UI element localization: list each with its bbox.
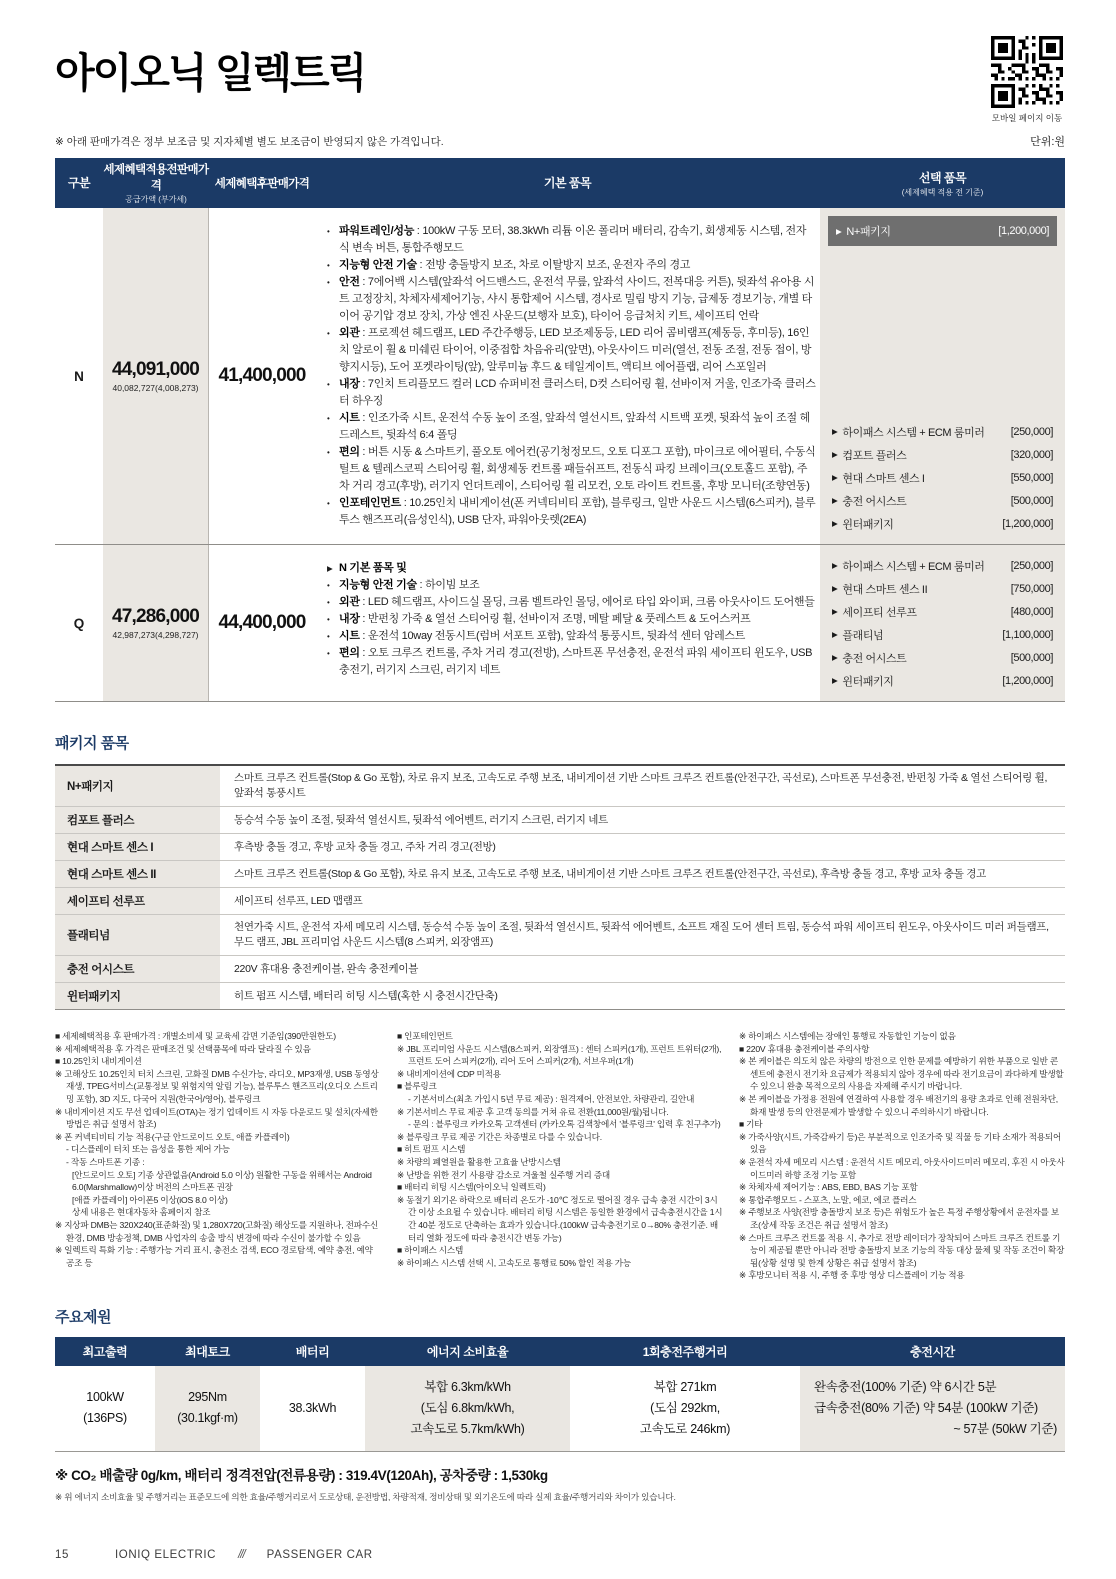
footnote-item: ■ 하이패스 시스템 [397, 1244, 723, 1257]
option-item: ▶플래티넘[1,100,000] [830, 623, 1055, 646]
spec-line: 완속충전(100% 기준) 약 6시간 5분 [814, 1377, 1057, 1398]
options-cell: ▶하이패스 시스템 + ECM 룸미러[250,000]▶현대 스마트 센스 I… [820, 545, 1065, 701]
packages-title: 패키지 품목 [55, 732, 1065, 753]
package-name: N+패키지 [55, 766, 220, 806]
basic-item: •편의 : 오토 크루즈 컨트롤, 주차 거리 경고(전방), 스마트폰 무선충… [327, 645, 816, 679]
basic-item-label: 안전 [339, 276, 360, 288]
option-label: 플래티넘 [842, 627, 883, 643]
option-label: 현대 스마트 센스 II [842, 581, 927, 597]
arrow-icon: ▶ [832, 607, 837, 616]
option-price: [1,100,000] [1002, 629, 1053, 641]
basic-item-text: 외관 : 프로젝션 헤드램프, LED 주간주행등, LED 보조제동등, LE… [339, 325, 816, 376]
footnote-item: ■ 블루링크 [397, 1080, 723, 1093]
qr-code [991, 36, 1063, 108]
basic-item: •지능형 안전 기술 : 전방 충돌방지 보조, 차로 이탈방지 보조, 운전자… [327, 257, 816, 274]
footer-category: PASSENGER CAR [267, 1549, 373, 1561]
package-desc: 스마트 크루즈 컨트롤(Stop & Go 포함), 차로 유지 보조, 고속도… [220, 766, 1065, 806]
price-before-cell: 47,286,00042,987,273(4,298,727) [103, 545, 209, 701]
package-table-body: N+패키지스마트 크루즈 컨트롤(Stop & Go 포함), 차로 유지 보조… [55, 764, 1065, 1010]
basic-item-label: 파워트레인/성능 [339, 225, 414, 237]
spec-table-header: 최고출력최대토크배터리에너지 소비효율1회충전주행거리충전시간 [55, 1337, 1065, 1366]
footnote-item: ■ 기타 [739, 1118, 1065, 1131]
basic-item: •안전 : 7에어백 시스템(앞좌석 어드밴스드, 운전석 무릎, 앞좌석 사이… [327, 274, 816, 325]
option-item: ▶충전 어시스트[500,000] [830, 646, 1055, 669]
basic-item: •시트 : 인조가죽 시트, 운전석 수동 높이 조절, 앞좌석 열선시트, 앞… [327, 410, 816, 444]
option-item: ▶N+패키지[1,200,000] [828, 216, 1057, 246]
specs-title: 주요제원 [55, 1306, 1065, 1327]
package-name: 현대 스마트 센스 I [55, 834, 220, 860]
spec-line: (도심 6.8km/kWh, [369, 1398, 566, 1419]
basic-item: •편의 : 버튼 시동 & 스마트키, 풀오토 에어컨(공기청정모드, 오토 디… [327, 444, 816, 495]
arrow-icon: ▶ [832, 653, 837, 662]
header-price-before-sub: 공급가액 (부가세) [103, 194, 209, 205]
option-price: [480,000] [1011, 606, 1053, 618]
basic-item-text: 지능형 안전 기술 : 하이빔 보조 [339, 577, 816, 594]
package-name: 세이프티 선루프 [55, 888, 220, 914]
option-price: [250,000] [1011, 426, 1053, 438]
footnote-item: ※ 본 케이블은 의도치 않은 차량의 방전으로 인한 문제를 예방하기 위한 … [739, 1055, 1065, 1093]
spec-line: 급속충전(80% 기준) 약 54분 (100kW 기준) [814, 1398, 1057, 1419]
basic-item: •외관 : 프로젝션 헤드램프, LED 주간주행등, LED 보조제동등, L… [327, 325, 816, 376]
bullet-icon: • [327, 577, 339, 594]
option-label: 충전 어시스트 [842, 650, 906, 666]
footnotes-col-2: ■ 인포테인먼트※ JBL 프리미엄 사운드 시스템(8스피커, 외장앰프) :… [397, 1030, 723, 1282]
spec-header-2: 배터리 [260, 1337, 365, 1366]
basic-item-label: 내장 [339, 613, 360, 625]
spec-line: (30.1kgf·m) [159, 1408, 256, 1429]
header-price-before-label: 세제혜택적용전판매가격 [103, 161, 209, 193]
package-name: 현대 스마트 센스 II [55, 861, 220, 887]
price-table: 구분 세제혜택적용전판매가격 공급가액 (부가세) 세제혜택후판매가격 기본 품… [55, 158, 1065, 702]
header-optional-items: 선택 품목 (세제혜택 적용 전 기준) [820, 169, 1065, 198]
efficiency-note: ※ 위 에너지 소비효율 및 주행거리는 표준모드에 의한 효율/주행거리로서 … [55, 1491, 1065, 1503]
basic-item-text: 내장 : 7인치 트리플모드 컬러 LCD 슈퍼비전 클러스터, D컷 스티어링… [339, 376, 816, 410]
spec-line: (136PS) [59, 1408, 151, 1429]
basic-item-label: 내장 [339, 378, 360, 390]
package-name: 충전 어시스트 [55, 956, 220, 982]
package-desc: 후측방 충돌 경고, 후방 교차 충돌 경고, 주차 거리 경고(전방) [220, 835, 1065, 860]
spec-header-0: 최고출력 [55, 1337, 155, 1366]
bullet-icon: • [327, 274, 339, 325]
option-item: ▶하이패스 시스템 + ECM 룸미러[250,000] [830, 554, 1055, 577]
spec-value-4: 복합 271km(도심 292km,고속도로 246km) [570, 1366, 800, 1451]
package-desc: 세이프티 선루프, LED 맵램프 [220, 889, 1065, 914]
footnote-item: ※ 차량의 폐열원을 활용한 고효율 난방시스템 [397, 1156, 723, 1169]
option-price: [550,000] [1011, 472, 1053, 484]
package-row: 세이프티 선루프세이프티 선루프, LED 맵램프 [55, 888, 1065, 915]
option-price: [750,000] [1011, 583, 1053, 595]
spec-line: 295Nm [159, 1387, 256, 1408]
page-title: 아이오닉 일렉트릭 [55, 40, 1065, 99]
price-before-cell: 44,091,00040,082,727(4,008,273) [103, 208, 209, 544]
bullet-icon: • [327, 611, 339, 628]
spec-value-1: 295Nm(30.1kgf·m) [155, 1366, 260, 1451]
basic-item-label: 지능형 안전 기술 [339, 259, 417, 271]
option-item: ▶윈터패키지[1,200,000] [830, 512, 1055, 535]
spec-line: 38.3kWh [264, 1398, 361, 1419]
package-row: 플래티넘천연가죽 시트, 운전석 자세 메모리 시스템, 동승석 수동 높이 조… [55, 915, 1065, 956]
header: 아이오닉 일렉트릭 모바일 페이지 이동 [55, 40, 1065, 99]
footnote-item: - 기본서비스(최초 가입시 5년 무료 제공) : 원격제어, 안전보안, 차… [397, 1093, 723, 1106]
basic-item-label: 외관 [339, 327, 360, 339]
header-basic-items: 기본 품목 [315, 174, 820, 192]
option-label: 충전 어시스트 [842, 493, 906, 509]
basic-item: •내장 : 7인치 트리플모드 컬러 LCD 슈퍼비전 클러스터, D컷 스티어… [327, 376, 816, 410]
page-number: 15 [55, 1549, 69, 1561]
option-label: N+패키지 [846, 223, 890, 239]
arrow-icon: ▶ [832, 561, 837, 570]
package-row: 현대 스마트 센스 II스마트 크루즈 컨트롤(Stop & Go 포함), 차… [55, 861, 1065, 888]
basic-item-label: N 기본 품목 및 [339, 562, 407, 574]
footnote-item: ※ 하이패스 시스템에는 장애인 통행료 자동할인 기능이 없음 [739, 1030, 1065, 1043]
spec-line: (도심 292km, [574, 1398, 796, 1419]
bullet-icon: • [327, 645, 339, 679]
spec-line: 고속도로 246km) [574, 1419, 796, 1440]
price-row-n: N44,091,00040,082,727(4,008,273)41,400,0… [55, 208, 1065, 545]
basic-item: •외관 : LED 헤드램프, 사이드실 몰딩, 크롬 벨트라인 몰딩, 에어로… [327, 594, 816, 611]
header-basic-items-label: 기본 품목 [544, 176, 591, 190]
qr-matrix [991, 36, 1063, 108]
basic-item-label: 시트 [339, 412, 360, 424]
footnotes-col-1: ■ 세제혜택적용 후 판매가격 : 개별소비세 및 교육세 감면 기준임(390… [55, 1030, 381, 1282]
footnote-item: ※ 지상파 DMB는 320X240(표준화질) 및 1,280X720(고화질… [55, 1219, 381, 1244]
option-item: ▶현대 스마트 센스 I[550,000] [830, 466, 1055, 489]
option-price: [1,200,000] [1002, 518, 1053, 530]
basic-items-cell: •파워트레인/성능 : 100kW 구동 모터, 38.3kWh 리튬 이온 폴… [315, 208, 820, 544]
price-before-value: 47,286,000 [112, 606, 199, 628]
basic-item-text: 편의 : 버튼 시동 & 스마트키, 풀오토 에어컨(공기청정모드, 오토 디포… [339, 444, 816, 495]
header-trim-label: 구분 [68, 176, 90, 190]
footnote-item: ■ 세제혜택적용 후 판매가격 : 개별소비세 및 교육세 감면 기준임(390… [55, 1030, 381, 1043]
price-before-value: 44,091,000 [112, 359, 199, 381]
price-note: ※ 아래 판매가격은 정부 보조금 및 지자체별 별도 보조금이 반영되지 않은… [55, 134, 444, 149]
basic-items-cell: ▶N 기본 품목 및•지능형 안전 기술 : 하이빔 보조•외관 : LED 헤… [315, 545, 820, 701]
package-desc: 천연가죽 시트, 운전석 자세 메모리 시스템, 동승석 수동 높이 조절, 뒷… [220, 915, 1065, 955]
basic-item-label: 편의 [339, 446, 360, 458]
arrow-icon: ▶ [832, 450, 837, 459]
spec-line: 100kW [59, 1387, 151, 1408]
package-desc: 동승석 수동 높이 조절, 뒷좌석 열선시트, 뒷좌석 에어벤트, 러기지 스크… [220, 808, 1065, 833]
footnote-item: ■ 220V 휴대용 충전케이블 주의사항 [739, 1043, 1065, 1056]
option-item: ▶컴포트 플러스[320,000] [830, 443, 1055, 466]
bullet-icon: • [327, 410, 339, 444]
arrow-icon: ▶ [832, 630, 837, 639]
basic-item-text: 편의 : 오토 크루즈 컨트롤, 주차 거리 경고(전방), 스마트폰 무선충전… [339, 645, 816, 679]
footer-divider-icon: /// [238, 1549, 245, 1561]
footer: 15 IONIQ ELECTRIC /// PASSENGER CAR [55, 1549, 373, 1561]
trim-cell: Q [55, 545, 103, 701]
spec-line: 고속도로 5.7km/kWh) [369, 1419, 566, 1440]
arrow-icon: ▶ [832, 496, 837, 505]
footnote-item: ※ 폰 커넥티비티 기능 적용(구글 안드로이드 오토, 애플 카플레이) [55, 1131, 381, 1144]
basic-item-label: 지능형 안전 기술 [339, 579, 417, 591]
option-price: [320,000] [1011, 449, 1053, 461]
option-label: 세이프티 선루프 [842, 604, 916, 620]
price-table-header: 구분 세제혜택적용전판매가격 공급가액 (부가세) 세제혜택후판매가격 기본 품… [55, 158, 1065, 208]
footnote-item: ■ 10.25인치 내비게이션 [55, 1055, 381, 1068]
footnote-item: ※ 일렉트릭 특화 기능 : 주행가능 거리 표시, 충전소 검색, ECO 경… [55, 1244, 381, 1269]
arrow-icon: ▶ [832, 427, 837, 436]
footnote-item: ※ 세제혜택적용 후 가격은 판매조건 및 선택품목에 따라 달라질 수 있음 [55, 1043, 381, 1056]
bullet-icon: • [327, 376, 339, 410]
spec-header-5: 충전시간 [800, 1337, 1065, 1366]
footnote-item: ■ 배터리 히팅 시스템(아이오닉 일렉트릭) [397, 1181, 723, 1194]
bullet-icon: ▶ [327, 560, 339, 577]
footnote-item: ※ 블루링크 무료 제공 기간은 차종별로 다를 수 있습니다. [397, 1131, 723, 1144]
footnotes-col-3: ※ 하이패스 시스템에는 장애인 통행료 자동할인 기능이 없음■ 220V 휴… [739, 1030, 1065, 1282]
options-group: ▶하이패스 시스템 + ECM 룸미러[250,000]▶현대 스마트 센스 I… [830, 554, 1055, 692]
package-desc: 스마트 크루즈 컨트롤(Stop & Go 포함), 차로 유지 보조, 고속도… [220, 862, 1065, 887]
note-row: ※ 아래 판매가격은 정부 보조금 및 지자체별 별도 보조금이 반영되지 않은… [55, 133, 1065, 149]
option-item: ▶세이프티 선루프[480,000] [830, 600, 1055, 623]
header-price-after: 세제혜택후판매가격 [209, 174, 315, 192]
option-label: 윈터패키지 [842, 673, 893, 689]
footnote-item: ※ 난방을 위한 전기 사용량 감소로 겨울철 실주행 거리 증대 [397, 1169, 723, 1182]
footnote-item: [안드로이드 오토] 기종 상관없음(Android 5.0 이상) 원활한 구… [55, 1169, 381, 1194]
spec-line: 복합 271km [574, 1377, 796, 1398]
footnote-item: ※ 차체자세 제어기능 : ABS, EBD, BAS 기능 포함 [739, 1181, 1065, 1194]
header-trim: 구분 [55, 174, 103, 192]
price-after-cell: 41,400,000 [209, 208, 315, 544]
footnote-item: ※ 후방모니터 적용 시, 주행 중 후방 영상 디스플레이 기능 적용 [739, 1269, 1065, 1282]
price-after-cell: 44,400,000 [209, 545, 315, 701]
qr-block: 모바일 페이지 이동 [989, 36, 1065, 124]
bullet-icon: • [327, 325, 339, 376]
option-item: ▶충전 어시스트[500,000] [830, 489, 1055, 512]
trim-cell: N [55, 208, 103, 544]
spec-value-2: 38.3kWh [260, 1366, 365, 1451]
bullet-icon: • [327, 257, 339, 274]
spec-value-5: 완속충전(100% 기준) 약 6시간 5분급속충전(80% 기준) 약 54분… [800, 1366, 1065, 1451]
bullet-icon: • [327, 495, 339, 529]
spec-header-4: 1회충전주행거리 [570, 1337, 800, 1366]
footnote-item: ※ 동절기 외기온 하락으로 배터리 온도가 -10℃ 정도로 떨어질 경우 급… [397, 1194, 723, 1244]
basic-item: •인포테인먼트 : 10.25인치 내비게이션(폰 커넥티비티 포함), 블루링… [327, 495, 816, 529]
option-label: 현대 스마트 센스 I [842, 470, 924, 486]
footnote-item: ※ 내비게이션 지도 무선 업데이트(OTA)는 정기 업데이트 시 자동 다운… [55, 1106, 381, 1131]
package-desc: 220V 휴대용 충전케이블, 완속 충전케이블 [220, 957, 1065, 982]
arrow-icon: ▶ [832, 519, 837, 528]
basic-item-text: 파워트레인/성능 : 100kW 구동 모터, 38.3kWh 리튬 이온 폴리… [339, 223, 816, 257]
package-row: N+패키지스마트 크루즈 컨트롤(Stop & Go 포함), 차로 유지 보조… [55, 766, 1065, 807]
co2-note: ※ CO₂ 배출량 0g/km, 배터리 정격전압(전류용량) : 319.4V… [55, 1464, 1065, 1484]
option-price: [250,000] [1011, 560, 1053, 572]
supply-price: 42,987,273(4,298,727) [112, 630, 198, 640]
spec-table: 최고출력최대토크배터리에너지 소비효율1회충전주행거리충전시간 100kW(13… [55, 1337, 1065, 1452]
footnote-item: 상세 내용은 현대자동차 홈페이지 참조 [55, 1206, 381, 1219]
basic-item-text: 안전 : 7에어백 시스템(앞좌석 어드밴스드, 운전석 무릎, 앞좌석 사이드… [339, 274, 816, 325]
basic-item-text: 인포테인먼트 : 10.25인치 내비게이션(폰 커넥티비티 포함), 블루링크… [339, 495, 816, 529]
price-after-value: 44,400,000 [218, 612, 305, 634]
header-price-after-label: 세제혜택후판매가격 [215, 178, 310, 190]
footnote-item: ■ 히트 펌프 시스템 [397, 1143, 723, 1156]
spec-table-body: 100kW(136PS)295Nm(30.1kgf·m)38.3kWh복합 6.… [55, 1366, 1065, 1452]
arrow-icon: ▶ [832, 584, 837, 593]
header-price-before: 세제혜택적용전판매가격 공급가액 (부가세) [103, 161, 209, 205]
header-optional-items-label: 선택 품목 [820, 169, 1065, 186]
basic-item: •지능형 안전 기술 : 하이빔 보조 [327, 577, 816, 594]
option-price: [1,200,000] [1002, 675, 1053, 687]
option-item: ▶하이패스 시스템 + ECM 룸미러[250,000] [830, 420, 1055, 443]
basic-item-text: 지능형 안전 기술 : 전방 충돌방지 보조, 차로 이탈방지 보조, 운전자 … [339, 257, 816, 274]
option-label: 윈터패키지 [842, 516, 893, 532]
footnote-item: ※ 운전석 자세 메모리 시스템 : 운전석 시트 메모리, 아웃사이드미러 메… [739, 1156, 1065, 1181]
spec-value-3: 복합 6.3km/kWh(도심 6.8km/kWh,고속도로 5.7km/kWh… [365, 1366, 570, 1451]
unit-label: 단위:원 [1030, 133, 1065, 149]
basic-item-text: 내장 : 반펀칭 가죽 & 열선 스티어링 휠, 선바이저 조명, 메탈 페달 … [339, 611, 816, 628]
supply-price: 40,082,727(4,008,273) [112, 383, 198, 393]
footnote-item: ※ 주행보조 사양(전방 충돌방지 보조 등)은 위험도가 높은 특정 주행상황… [739, 1206, 1065, 1231]
header-optional-items-sub: (세제혜택 적용 전 기준) [820, 187, 1065, 198]
footnote-item: ※ 내비게이션에 CDP 미적용 [397, 1068, 723, 1081]
footnote-item: [애플 카플레이] 아이폰5 이상(iOS 8.0 이상) [55, 1194, 381, 1207]
option-item: ▶현대 스마트 센스 II[750,000] [830, 577, 1055, 600]
price-after-value: 41,400,000 [218, 365, 305, 387]
option-price: [500,000] [1011, 652, 1053, 664]
footnote-item: ※ 하이패스 시스템 선택 시, 고속도로 통행료 50% 할인 적용 가능 [397, 1257, 723, 1270]
package-row: 윈터패키지히트 펌프 시스템, 배터리 히팅 시스템(혹한 시 충전시간단축) [55, 983, 1065, 1009]
options-group: ▶하이패스 시스템 + ECM 룸미러[250,000]▶컴포트 플러스[320… [830, 420, 1055, 535]
spec-value-0: 100kW(136PS) [55, 1366, 155, 1451]
bullet-icon: • [327, 628, 339, 645]
spec-header-3: 에너지 소비효율 [365, 1337, 570, 1366]
arrow-icon: ▶ [836, 227, 841, 236]
option-label: 컴포트 플러스 [842, 447, 906, 463]
spec-header-1: 최대토크 [155, 1337, 260, 1366]
footnote-item: - 디스플레이 터치 또는 음성을 통한 제어 가능 [55, 1143, 381, 1156]
options-cell: ▶N+패키지[1,200,000]▶하이패스 시스템 + ECM 룸미러[250… [820, 208, 1065, 544]
basic-item: ▶N 기본 품목 및 [327, 560, 816, 577]
option-item: ▶윈터패키지[1,200,000] [830, 669, 1055, 692]
footnote-item: - 작동 스마트폰 기종 : [55, 1156, 381, 1169]
option-price: [500,000] [1011, 495, 1053, 507]
package-name: 컴포트 플러스 [55, 807, 220, 833]
package-row: 현대 스마트 센스 I후측방 충돌 경고, 후방 교차 충돌 경고, 주차 거리… [55, 834, 1065, 861]
basic-item-label: 외관 [339, 596, 360, 608]
basic-item-label: 인포테인먼트 [339, 497, 401, 509]
basic-item-label: 시트 [339, 630, 360, 642]
option-price: [1,200,000] [998, 225, 1049, 237]
qr-caption: 모바일 페이지 이동 [989, 112, 1065, 124]
basic-item-text: 시트 : 인조가죽 시트, 운전석 수동 높이 조절, 앞좌석 열선시트, 앞좌… [339, 410, 816, 444]
page: 아이오닉 일렉트릭 모바일 페이지 이동 ※ 아래 판매가격은 정부 보조금 및… [0, 0, 1116, 1579]
bullet-icon: • [327, 444, 339, 495]
package-row: 컴포트 플러스동승석 수동 높이 조절, 뒷좌석 열선시트, 뒷좌석 에어벤트,… [55, 807, 1065, 834]
option-label: 하이패스 시스템 + ECM 룸미러 [842, 558, 984, 574]
basic-item: •시트 : 운전석 10way 전동시트(럼버 서포트 포함), 앞좌석 통풍시… [327, 628, 816, 645]
spec-line: ~ 57분 (50kW 기준) [814, 1419, 1057, 1440]
footer-model: IONIQ ELECTRIC [115, 1549, 216, 1561]
option-label: 하이패스 시스템 + ECM 룸미러 [842, 424, 984, 440]
footnote-item: ※ 스마트 크루즈 컨트롤 적용 시, 추가로 전방 레이더가 장착되어 스마트… [739, 1232, 1065, 1270]
basic-item-text: 시트 : 운전석 10way 전동시트(럼버 서포트 포함), 앞좌석 통풍시트… [339, 628, 816, 645]
footnote-item: - 문의 : 블루링크 카카오톡 고객센터 (카카오톡 검색창에서 '블루링크'… [397, 1118, 723, 1131]
basic-item-text: 외관 : LED 헤드램프, 사이드실 몰딩, 크롬 벨트라인 몰딩, 에어로 … [339, 594, 816, 611]
package-desc: 히트 펌프 시스템, 배터리 히팅 시스템(혹한 시 충전시간단축) [220, 984, 1065, 1009]
spec-line: 복합 6.3km/kWh [369, 1377, 566, 1398]
footnote-item: ※ JBL 프리미엄 사운드 시스템(8스피커, 외장앰프) : 센터 스피커(… [397, 1043, 723, 1068]
arrow-icon: ▶ [832, 676, 837, 685]
footnote-item: ※ 본 케이블을 가정용 전원에 연결하여 사용할 경우 배전기의 용량 초과로… [739, 1093, 1065, 1118]
footnote-item: ※ 가죽사양(시트, 가죽감싸기 등)은 부분적으로 인조가죽 및 직물 등 기… [739, 1131, 1065, 1156]
basic-item-text: N 기본 품목 및 [339, 560, 816, 577]
package-name: 플래티넘 [55, 915, 220, 955]
basic-item-label: 편의 [339, 647, 360, 659]
basic-item: •내장 : 반펀칭 가죽 & 열선 스티어링 휠, 선바이저 조명, 메탈 페달… [327, 611, 816, 628]
footnote-item: ※ 고해상도 10.25인치 터치 스크린, 고화질 DMB 수신가능, 라디오… [55, 1068, 381, 1106]
footnotes: ■ 세제혜택적용 후 판매가격 : 개별소비세 및 교육세 감면 기준임(390… [55, 1030, 1065, 1282]
basic-item: •파워트레인/성능 : 100kW 구동 모터, 38.3kWh 리튬 이온 폴… [327, 223, 816, 257]
arrow-icon: ▶ [832, 473, 837, 482]
bullet-icon: • [327, 594, 339, 611]
price-row-q: Q47,286,00042,987,273(4,298,727)44,400,0… [55, 545, 1065, 702]
footnote-item: ■ 인포테인먼트 [397, 1030, 723, 1043]
bullet-icon: • [327, 223, 339, 257]
package-name: 윈터패키지 [55, 983, 220, 1009]
package-row: 충전 어시스트220V 휴대용 충전케이블, 완속 충전케이블 [55, 956, 1065, 983]
price-table-body: N44,091,00040,082,727(4,008,273)41,400,0… [55, 208, 1065, 702]
footnote-item: ※ 통합주행모드 - 스포츠, 노말, 에코, 에코 플러스 [739, 1194, 1065, 1207]
footnote-item: ※ 기본서비스 무료 제공 후 고객 동의를 거쳐 유료 전환(11,000원/… [397, 1106, 723, 1119]
